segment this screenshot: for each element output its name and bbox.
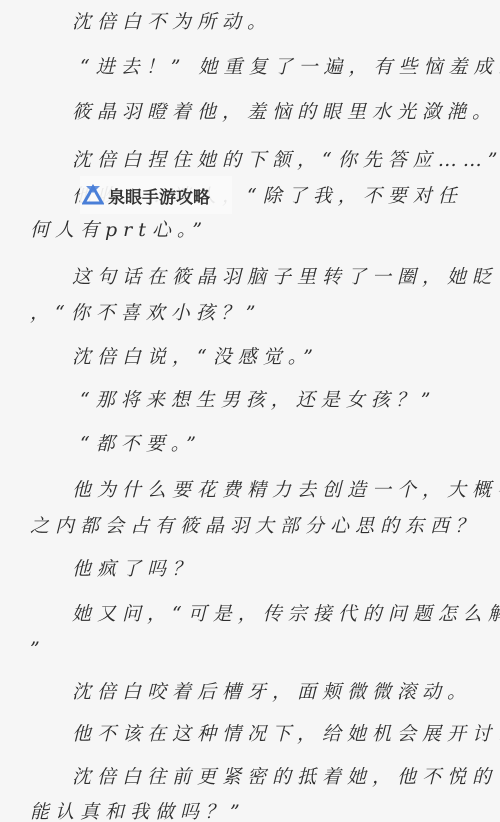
text-line: 他疯了吗？ — [72, 557, 197, 581]
text-line: “那将来想生男孩，还是女孩？” — [80, 388, 436, 412]
text-line: 沈倍白咬着后槽牙，面颊微微滚动。 — [72, 680, 472, 704]
text-line: 她又问，“可是，传宗接代的问题怎么解决？ — [72, 602, 500, 626]
watermark: 泉眼手游攻略 — [80, 176, 232, 214]
text-line: 筱晶羽瞪着他，羞恼的眼里水光潋滟。 — [72, 100, 497, 124]
text-line: 何人有prt心。” — [30, 218, 208, 242]
triangle-logo-icon — [82, 184, 104, 206]
text-line: “进去！” 她重复了一遍，有些恼羞成怒。 — [80, 55, 500, 79]
document-page: 沈倍白不为所动。 “进去！” 她重复了一遍，有些恼羞成怒。 筱晶羽瞪着他，羞恼的… — [0, 0, 500, 822]
text-line: 这句话在筱晶羽脑子里转了一圈，她眨了眨眼 — [72, 265, 500, 289]
watermark-text: 泉眼手游攻略 — [108, 183, 210, 208]
text-line: 能认真和我做吗？” — [30, 800, 246, 822]
text-line: 沈倍白说，“没感觉。” — [72, 345, 319, 369]
text-line: 之内都会占有筱晶羽大部分心思的东西？ — [30, 514, 480, 538]
text-line: ” — [30, 637, 46, 661]
text-line: 他为什么要花费精力去创造一个，大概在十年 — [72, 478, 500, 502]
text-line: 沈倍白捏住她的下颔，“你先答应……” — [72, 148, 500, 172]
text-line: “都不要。” — [80, 432, 202, 456]
text-line: 他不该在这种情况下，给她机会展开讨论。 — [72, 722, 500, 746]
text-line: ，“你不喜欢小孩？” — [30, 301, 261, 325]
text-line: 沈倍白不为所动。 — [72, 10, 272, 34]
text-line: 沈倍白往前更紧密的抵着她，他不悦的说，“ — [72, 765, 500, 789]
